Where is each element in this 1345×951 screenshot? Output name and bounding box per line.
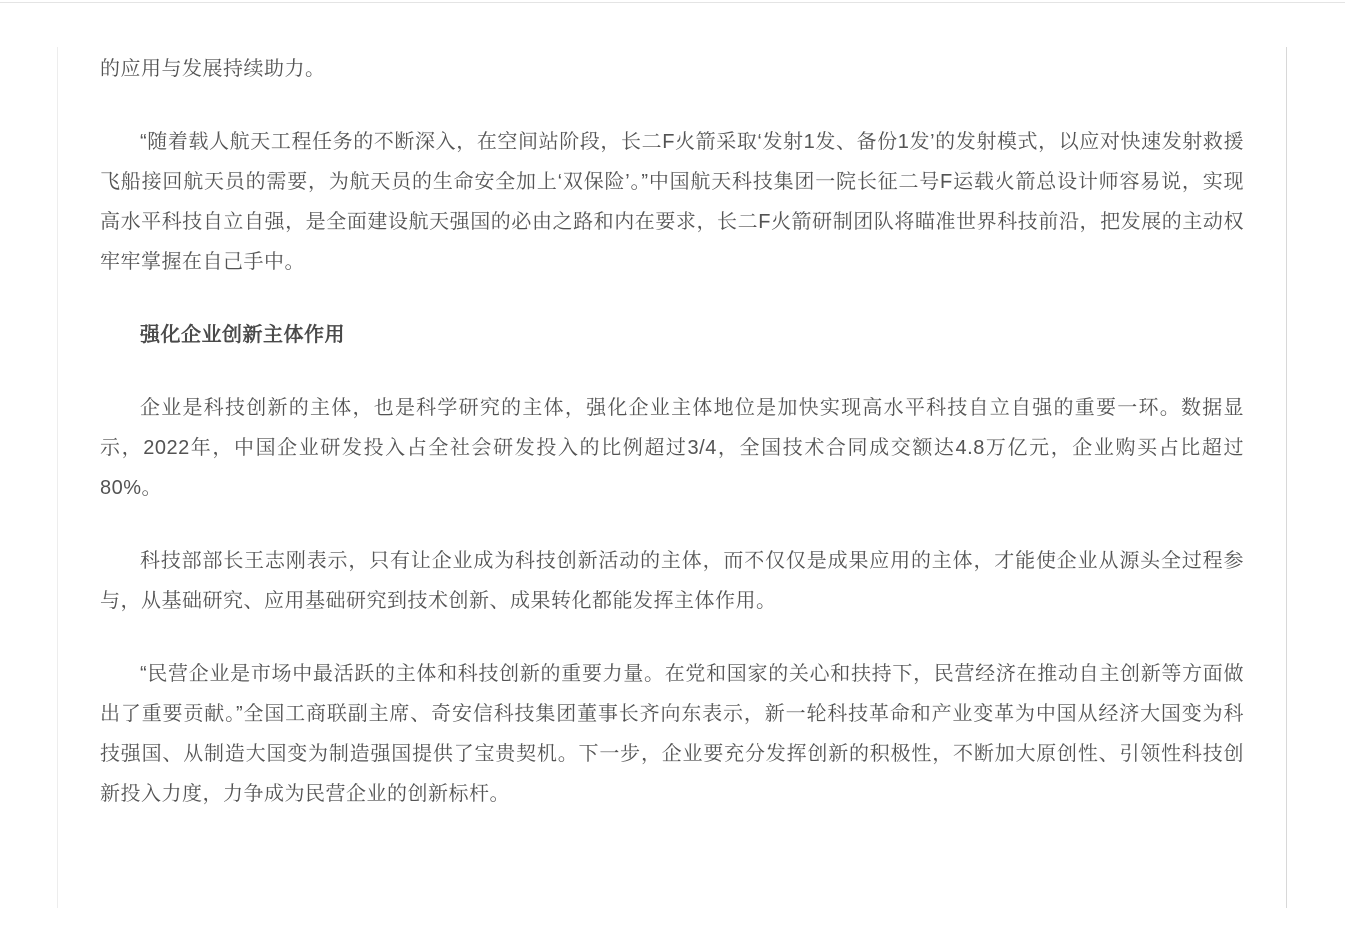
section-heading: 强化企业创新主体作用 <box>100 315 1244 355</box>
article-column: 的应用与发展持续助力。 “随着载人航天工程任务的不断深入，在空间站阶段，长二F火… <box>57 47 1287 908</box>
paragraph-rocket-quote: “随着载人航天工程任务的不断深入，在空间站阶段，长二F火箭采取‘发射1发、备份1… <box>100 122 1244 282</box>
article-page: 的应用与发展持续助力。 “随着载人航天工程任务的不断深入，在空间站阶段，长二F火… <box>0 0 1345 951</box>
paragraph-intro-fragment: 的应用与发展持续助力。 <box>100 49 1244 89</box>
paragraph-enterprise-data: 企业是科技创新的主体，也是科学研究的主体，强化企业主体地位是加快实现高水平科技自… <box>100 388 1244 508</box>
paragraph-private-enterprise: “民营企业是市场中最活跃的主体和科技创新的重要力量。在党和国家的关心和扶持下，民… <box>100 654 1244 814</box>
top-divider <box>0 2 1345 3</box>
paragraph-minister-quote: 科技部部长王志刚表示，只有让企业成为科技创新活动的主体，而不仅仅是成果应用的主体… <box>100 541 1244 621</box>
